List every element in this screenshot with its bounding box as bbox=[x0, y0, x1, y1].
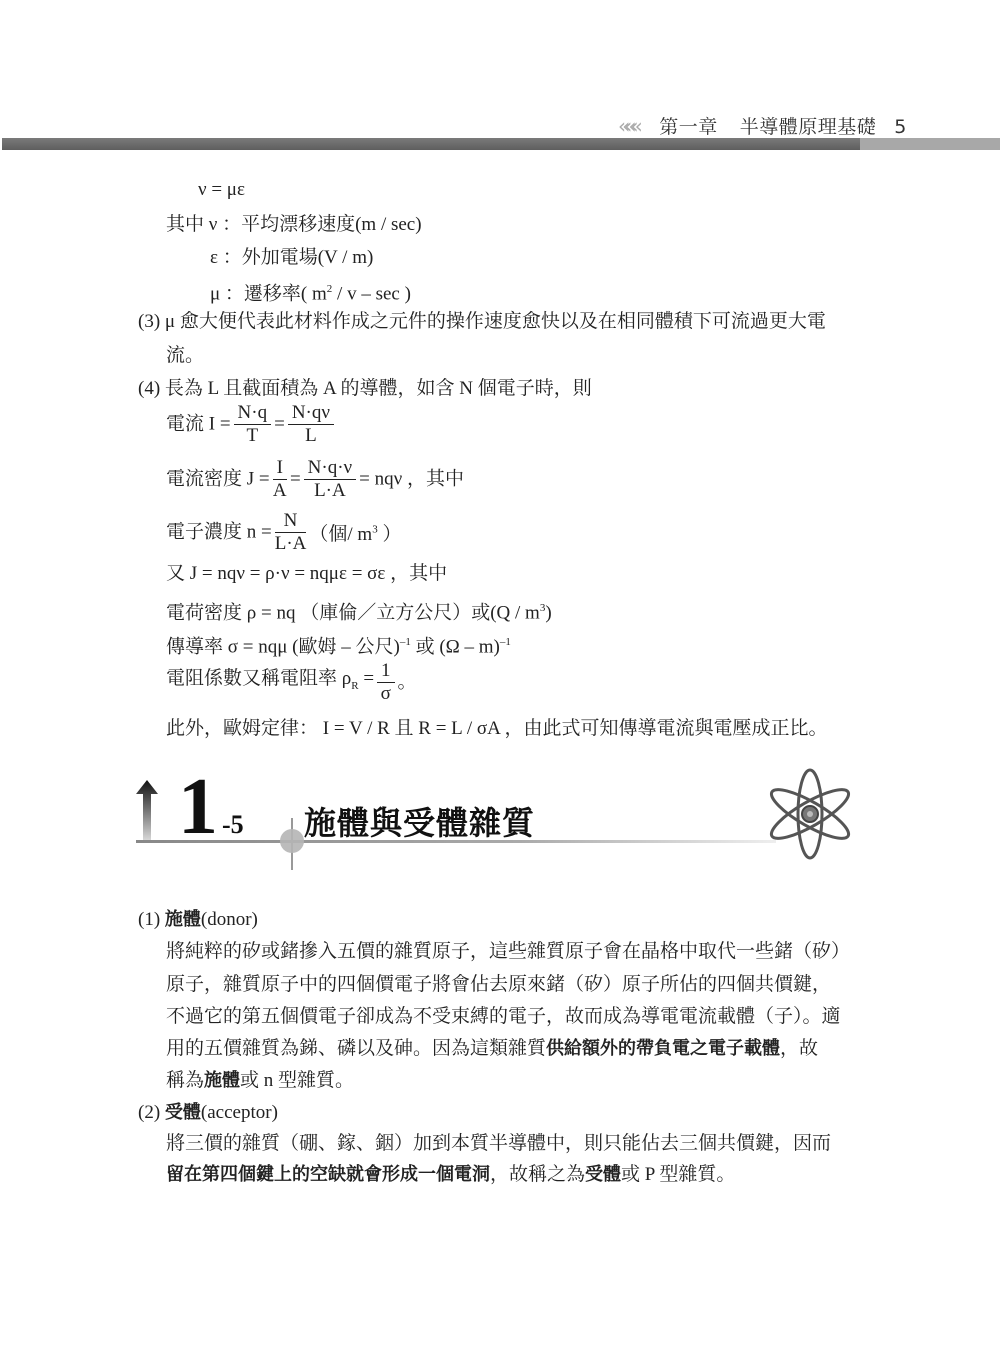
running-header: ««« 第一章半導體原理基礎5 bbox=[618, 112, 907, 139]
up-arrow-icon bbox=[136, 780, 158, 842]
acceptor-heading: (2) 受體(acceptor) bbox=[138, 1101, 278, 1125]
section-number: 1 bbox=[178, 772, 218, 842]
donor-line-5: 稱為施體或 n 型雜質。 bbox=[166, 1069, 354, 1093]
donor-heading: (1) 施體(donor) bbox=[138, 908, 258, 932]
donor-line-3: 不過它的第五個價電子卻成為不受束縛的電子，故而成為導電電流載體（子）。適 bbox=[166, 1005, 841, 1029]
conductivity: 傳導率 σ = nqμ (歐姆 – 公尺)–1 或 (Ω – m)–1 bbox=[166, 630, 511, 659]
drift-formula: ν = με bbox=[198, 178, 245, 202]
chevron-left-icon: ««« bbox=[618, 114, 637, 138]
acceptor-line-1: 將三價的雜質（硼、鎵、銦）加到本質半導體中，則只能佔去三個共價鍵，因而 bbox=[166, 1132, 831, 1156]
section-title: 施體與受體雜質 bbox=[304, 798, 535, 844]
electron-concentration-formula: 電子濃度 n =NL·A（個/ m3 ） bbox=[166, 510, 401, 555]
ohms-law: 此外，歐姆定律： I = V / R 且 R = L / σA ，由此式可知傳導… bbox=[166, 717, 828, 741]
where-e: ε ：外加電場(V / m) bbox=[210, 246, 373, 270]
where-mu: μ ：遷移率( m2 / v – sec ) bbox=[210, 277, 411, 306]
item3-line2: 流。 bbox=[166, 344, 204, 368]
donor-line-4: 用的五價雜質為銻、磷以及砷。因為這類雜質供給額外的帶負電之電子載體，故 bbox=[166, 1037, 818, 1061]
donor-line-2: 原子，雜質原子中的四個價電子將會佔去原來鍺（矽）原子所佔的四個共價鍵， bbox=[166, 973, 831, 997]
j-relation: 又 J = nqν = ρ·ν = nqμε = σε ，其中 bbox=[166, 562, 447, 586]
acceptor-line-2: 留在第四個鍵上的空缺就會形成一個電洞，故稱之為受體或 P 型雜質。 bbox=[166, 1163, 735, 1187]
atom-icon bbox=[760, 768, 860, 860]
chapter-label: 第一章 bbox=[659, 116, 718, 138]
current-density-formula: 電流密度 J =IA=N·q·νL·A= nqν ，其中 bbox=[166, 457, 464, 502]
page-number: 5 bbox=[894, 116, 907, 138]
header-bar-accent bbox=[860, 138, 1000, 150]
donor-line-1: 將純粹的矽或鍺摻入五價的雜質原子，這些雜質原子會在晶格中取代一些鍺（矽） bbox=[166, 940, 850, 964]
resistivity: 電阻係數又稱電阻率 ρR =1σ。 bbox=[166, 660, 417, 705]
chapter-title: 半導體原理基礎 bbox=[740, 116, 877, 138]
charge-density: 電荷密度 ρ = nq （庫倫／立方公尺）或(Q / m3) bbox=[166, 596, 552, 625]
section-crosshair-dot bbox=[280, 829, 304, 853]
section-subnumber: -5 bbox=[222, 810, 244, 840]
current-formula: 電流 I =N·qT=N·qνL bbox=[166, 402, 337, 447]
item4-intro: (4) 長為 L 且截面積為 A 的導體，如含 N 個電子時，則 bbox=[138, 377, 592, 401]
header-bar bbox=[2, 138, 860, 150]
where-v: 其中 ν ：平均漂移速度(m / sec) bbox=[166, 213, 422, 237]
section-rule bbox=[136, 840, 776, 843]
item3-line1: (3) μ 愈大便代表此材料作成之元件的操作速度愈快以及在相同體積下可流過更大電 bbox=[138, 310, 826, 334]
